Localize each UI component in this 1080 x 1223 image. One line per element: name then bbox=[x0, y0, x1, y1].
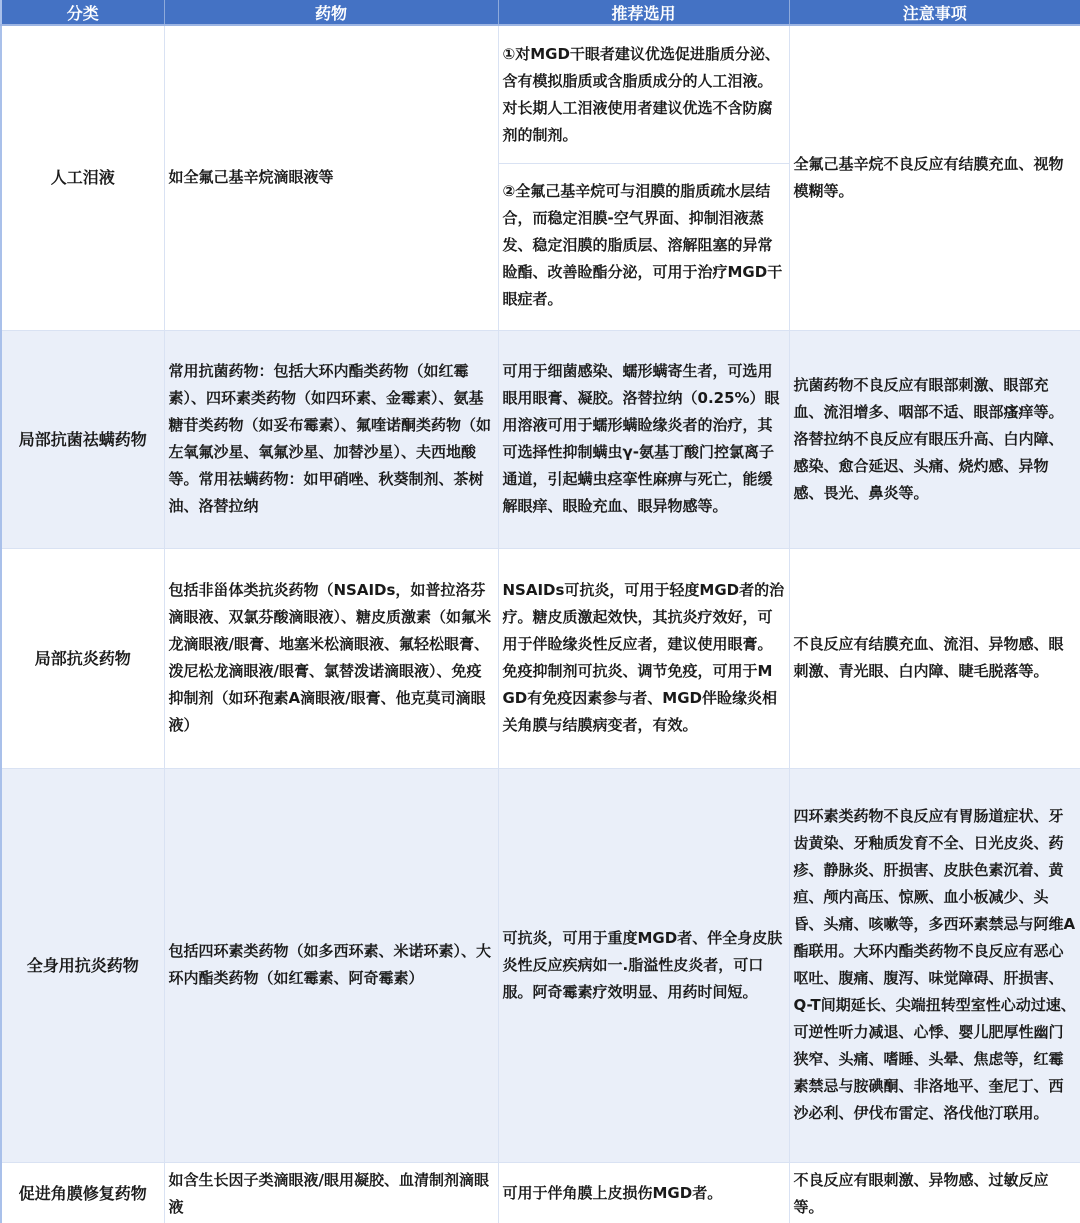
category-cell: 局部抗菌祛螨药物 bbox=[1, 330, 164, 548]
header-notes: 注意事项 bbox=[789, 0, 1080, 25]
recommendation-part-2: ②全氟己基辛烷可与泪膜的脂质疏水层结合，而稳定泪膜-空气界面、抑制泪液蒸发、稳定… bbox=[499, 163, 789, 328]
table-row: 局部抗炎药物 包括非甾体类抗炎药物（NSAIDs，如普拉洛芬滴眼液、双氯芬酸滴眼… bbox=[1, 548, 1080, 768]
drugs-cell: 包括非甾体类抗炎药物（NSAIDs，如普拉洛芬滴眼液、双氯芬酸滴眼液）、糖皮质激… bbox=[164, 548, 498, 768]
header-category: 分类 bbox=[1, 0, 164, 25]
category-cell: 人工泪液 bbox=[1, 25, 164, 330]
table-row: 人工泪液 如全氟己基辛烷滴眼液等 ①对MGD干眼者建议优选促进脂质分泌、含有模拟… bbox=[1, 25, 1080, 330]
notes-cell: 抗菌药物不良反应有眼部刺激、眼部充血、流泪增多、咽部不适、眼部瘙痒等。洛替拉纳不… bbox=[789, 330, 1080, 548]
header-recommendation: 推荐选用 bbox=[498, 0, 789, 25]
recommendation-cell: NSAIDs可抗炎，可用于轻度MGD者的治疗。糖皮质激起效快，其抗炎疗效好，可用… bbox=[498, 548, 789, 768]
drugs-cell: 如含生长因子类滴眼液/眼用凝胶、血清制剂滴眼液 bbox=[164, 1162, 498, 1223]
notes-cell: 不良反应有结膜充血、流泪、异物感、眼刺激、青光眼、白内障、睫毛脱落等。 bbox=[789, 548, 1080, 768]
notes-cell: 四环素类药物不良反应有胃肠道症状、牙齿黄染、牙釉质发育不全、日光皮炎、药疹、静脉… bbox=[789, 768, 1080, 1162]
category-cell: 促进角膜修复药物 bbox=[1, 1162, 164, 1223]
category-cell: 局部抗炎药物 bbox=[1, 548, 164, 768]
table-row: 促进角膜修复药物 如含生长因子类滴眼液/眼用凝胶、血清制剂滴眼液 可用于伴角膜上… bbox=[1, 1162, 1080, 1223]
notes-cell: 不良反应有眼刺激、异物感、过敏反应等。 bbox=[789, 1162, 1080, 1223]
recommendation-cell: ①对MGD干眼者建议优选促进脂质分泌、含有模拟脂质或含脂质成分的人工泪液。对长期… bbox=[498, 25, 789, 330]
drug-table: 分类 药物 推荐选用 注意事项 人工泪液 如全氟己基辛烷滴眼液等 ①对MGD干眼… bbox=[0, 0, 1080, 1223]
recommendation-cell: 可用于伴角膜上皮损伤MGD者。 bbox=[498, 1162, 789, 1223]
header-row: 分类 药物 推荐选用 注意事项 bbox=[1, 0, 1080, 25]
recommendation-cell: 可用于细菌感染、蠕形螨寄生者，可选用眼用眼膏、凝胶。洛替拉纳（0.25%）眼用溶… bbox=[498, 330, 789, 548]
table-row: 全身用抗炎药物 包括四环素类药物（如多西环素、米诺环素）、大环内酯类药物（如红霉… bbox=[1, 768, 1080, 1162]
drugs-cell: 包括四环素类药物（如多西环素、米诺环素）、大环内酯类药物（如红霉素、阿奇霉素） bbox=[164, 768, 498, 1162]
recommendation-part-1: ①对MGD干眼者建议优选促进脂质分泌、含有模拟脂质或含脂质成分的人工泪液。对长期… bbox=[499, 28, 789, 163]
drugs-cell: 常用抗菌药物：包括大环内酯类药物（如红霉素）、四环素类药物（如四环素、金霉素）、… bbox=[164, 330, 498, 548]
notes-cell: 全氟己基辛烷不良反应有结膜充血、视物模糊等。 bbox=[789, 25, 1080, 330]
table-row: 局部抗菌祛螨药物 常用抗菌药物：包括大环内酯类药物（如红霉素）、四环素类药物（如… bbox=[1, 330, 1080, 548]
header-drugs: 药物 bbox=[164, 0, 498, 25]
drugs-cell: 如全氟己基辛烷滴眼液等 bbox=[164, 25, 498, 330]
category-cell: 全身用抗炎药物 bbox=[1, 768, 164, 1162]
recommendation-cell: 可抗炎，可用于重度MGD者、伴全身皮肤炎性反应疾病如一.脂溢性皮炎者，可口服。阿… bbox=[498, 768, 789, 1162]
